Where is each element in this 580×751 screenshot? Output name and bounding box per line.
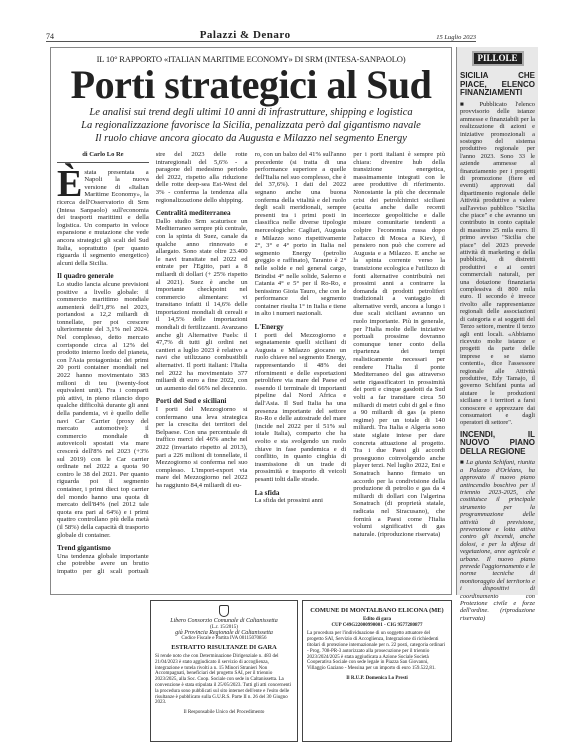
ad-title: ESTRATTO RISULTANZE DI GARA: [155, 645, 293, 651]
ad-body: La procedura per l'individuazione di un …: [307, 631, 447, 672]
sidebar-heading: INCENDI, IL NUOVO PIANO DELLA REGIONE: [460, 431, 535, 457]
section-heading: Trend gigantismo: [57, 545, 149, 553]
column-1: di Carlo Lo Re È stata presentata a Napo…: [57, 151, 149, 575]
article-headline: Porti strategici al Sud: [51, 64, 451, 106]
body-text: Una tendenza globale importante che potr…: [57, 553, 149, 575]
body-text: I porti del Mezzogiorno si confermano un…: [156, 406, 248, 490]
sidebar-text: ■ Pubblicato l'elenco provvisorio delle …: [460, 101, 535, 427]
subhead: Le analisi sui trend degli ultimi 10 ann…: [51, 106, 451, 119]
body-text: per i porti italiani è sempre più chiara…: [353, 151, 445, 538]
body-text: Lo studio lancia alcune previsioni posit…: [57, 281, 149, 539]
sidebar-text: ■ La giunta Schifani, riunita a Palazzo …: [460, 459, 535, 622]
column-2: stre del 2023 delle rotte intraregionali…: [156, 151, 248, 575]
drop-cap: È: [57, 169, 82, 199]
ad-code: CUP C49G22000990001 - CIG 9577280877: [307, 623, 447, 629]
issue-date: 15 Luglio 2023: [436, 34, 476, 41]
section-heading: Il quadro generale: [57, 273, 149, 281]
body-text: La sfida dei prossimi anni: [255, 497, 347, 505]
body-text: Dallo studio Srm scaturisce un Mediterra…: [156, 218, 248, 393]
crest-icon: [219, 605, 229, 617]
subhead: Il ruolo chiave ancora giocato da August…: [51, 132, 451, 145]
byline: di Carlo Lo Re: [57, 151, 149, 163]
body-text: stre del 2023 delle rotte intraregionali…: [156, 151, 248, 204]
column-3: ro, con un balzo del 41% sull'anno prece…: [255, 151, 347, 575]
body-text: ro, con un balzo del 41% sull'anno prece…: [255, 151, 347, 318]
legal-notice-montalbano: COMUNE DI MONTALBANO ELICONA (ME) Edito …: [302, 600, 452, 742]
subhead: La regionalizzazione favorisce la Sicili…: [51, 119, 451, 132]
page-number: 74: [46, 32, 54, 41]
sidebar-heading: SICILIA CHE PIACE, ELENCO FINANZIAMENTI: [460, 72, 535, 98]
section-heading: Centralità mediterranea: [156, 210, 248, 218]
section-heading: La sfida: [255, 490, 347, 498]
publication-title: Palazzi & Denaro: [200, 29, 291, 41]
article: IL 10° RAPPORTO «ITALIAN MARITIME ECONOM…: [50, 47, 452, 595]
body-text: I porti del Mezzogiorno e segnatamente q…: [255, 332, 347, 484]
ad-issuer: COMUNE DI MONTALBANO ELICONA (ME): [307, 608, 447, 614]
section-heading: L'Energy: [255, 324, 347, 332]
section-heading: Porti del Sud e siciliani: [156, 398, 248, 406]
legal-notice-caltanissetta: Libero Consorzio Comunale di Caltanisset…: [150, 600, 298, 742]
pillole-sidebar: PILLOLE SICILIA CHE PIACE, ELENCO FINANZ…: [456, 47, 538, 595]
page-header: 74 Palazzi & Denaro 15 Luglio 2023: [46, 28, 476, 42]
column-4: per i porti italiani è sempre più chiara…: [353, 151, 445, 575]
ad-body: Si rende noto che con Determinazione Dir…: [155, 654, 293, 706]
ad-code: Codice Fiscale e Partita IVA 00115070856: [155, 636, 293, 642]
ad-issuer: Libero Consorzio Comunale di Caltanisset…: [155, 619, 293, 625]
pillole-label: PILLOLE: [472, 51, 524, 66]
ad-signer: Il R.U.P. Domenica Lo Presti: [307, 676, 447, 682]
ad-signer: Il Responsabile Unico del Procedimento: [155, 710, 293, 716]
